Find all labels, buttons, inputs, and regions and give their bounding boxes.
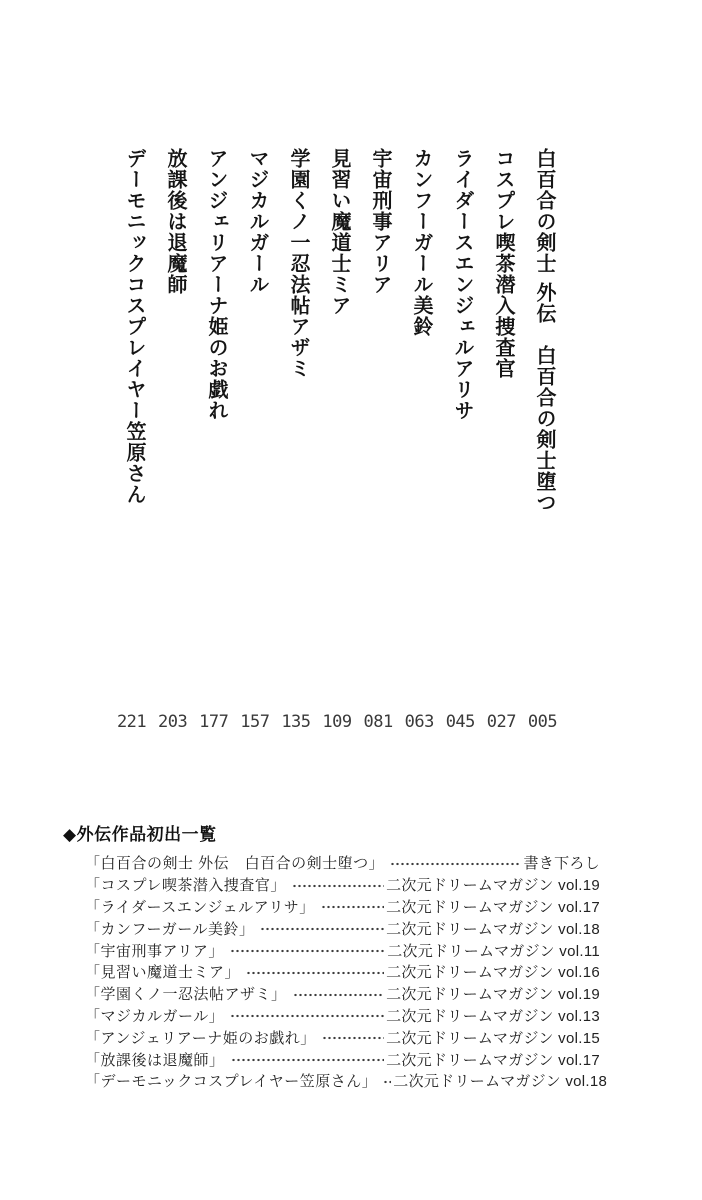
page-number: 005 <box>522 712 563 732</box>
dotted-leader <box>292 884 384 888</box>
appearance-title: 「宇宙刑事アリア」 <box>85 940 224 961</box>
appearance-row: 「宇宙刑事アリア」 二次元ドリームマガジン vol.11 <box>85 939 600 961</box>
dotted-leader <box>322 1036 384 1040</box>
dotted-leader <box>390 862 521 866</box>
toc-title-column: アンジェリアーナ姫のお戯れ <box>196 148 237 568</box>
appearance-list: 「白百合の剣士 外伝 白百合の剣士堕つ」 書き下ろし 「コスプレ喫茶潜入捜査官」… <box>85 852 600 1092</box>
dotted-leader <box>230 949 385 953</box>
appearance-source: 二次元ドリームマガジン vol.18 <box>386 918 600 939</box>
appearance-row: 「ライダースエンジェルアリサ」 二次元ドリームマガジン vol.17 <box>85 896 600 918</box>
page-number: 157 <box>234 712 275 732</box>
page-number: 027 <box>481 712 522 732</box>
toc-title-column: 学園くノ一忍法帖アザミ <box>278 148 319 568</box>
page-number: 109 <box>316 712 357 732</box>
appearance-title: 「マジカルガール」 <box>85 1005 224 1026</box>
page-number: 221 <box>111 712 152 732</box>
appearance-row: 「白百合の剣士 外伝 白百合の剣士堕つ」 書き下ろし <box>85 852 600 874</box>
appearance-row: 「アンジェリアーナ姫のお戯れ」 二次元ドリームマガジン vol.15 <box>85 1026 600 1048</box>
toc-title-column: 白百合の剣士 外伝 白百合の剣士堕つ <box>524 148 565 568</box>
appearance-row: 「見習い魔道士ミア」 二次元ドリームマガジン vol.16 <box>85 961 600 983</box>
appearance-source: 二次元ドリームマガジン vol.19 <box>386 983 600 1004</box>
toc-title-column: ライダースエンジェルアリサ <box>442 148 483 568</box>
page-number: 203 <box>152 712 193 732</box>
toc-title-column: デーモニックコスプレイヤー笠原さん <box>114 148 155 568</box>
appearance-title: 「デーモニックコスプレイヤー笠原さん」 <box>85 1070 377 1091</box>
appearance-row: 「マジカルガール」 二次元ドリームマガジン vol.13 <box>85 1005 600 1027</box>
toc-title-column: 宇宙刑事アリア <box>360 148 401 568</box>
appearance-row: 「コスプレ喫茶潜入捜査官」 二次元ドリームマガジン vol.19 <box>85 874 600 896</box>
appearance-title: 「見習い魔道士ミア」 <box>85 961 240 982</box>
appearance-header: ◆外伝作品初出一覧 <box>63 820 600 845</box>
toc-title-column: マジカルガール <box>237 148 278 568</box>
page-number: 045 <box>440 712 481 732</box>
page-number: 177 <box>193 712 234 732</box>
appearance-title: 「カンフーガール美鈴」 <box>85 918 254 939</box>
appearance-source: 二次元ドリームマガジン vol.18 <box>393 1070 607 1091</box>
appearance-source: 二次元ドリームマガジン vol.17 <box>386 1049 600 1070</box>
appearance-source: 二次元ドリームマガジン vol.19 <box>386 874 600 895</box>
dotted-leader <box>383 1080 391 1084</box>
dotted-leader <box>321 905 384 909</box>
toc-title-column: コスプレ喫茶潜入捜査官 <box>483 148 524 568</box>
appearance-source: 二次元ドリームマガジン vol.17 <box>386 896 600 917</box>
appearance-title: 「アンジェリアーナ姫のお戯れ」 <box>85 1027 316 1048</box>
page-numbers-row: 221 203 177 157 135 109 081 063 045 027 … <box>111 712 563 732</box>
page-number: 081 <box>358 712 399 732</box>
appearance-source: 二次元ドリームマガジン vol.15 <box>386 1027 600 1048</box>
appearance-row: 「カンフーガール美鈴」 二次元ドリームマガジン vol.18 <box>85 917 600 939</box>
appearance-title: 「コスプレ喫茶潜入捜査官」 <box>85 874 286 895</box>
appearance-row: 「学園くノ一忍法帖アザミ」 二次元ドリームマガジン vol.19 <box>85 983 600 1005</box>
appearance-source: 二次元ドリームマガジン vol.13 <box>386 1005 600 1026</box>
dotted-leader <box>246 971 384 975</box>
appearance-title: 「白百合の剣士 外伝 白百合の剣士堕つ」 <box>85 852 384 873</box>
dotted-leader <box>260 927 384 931</box>
toc-title-column: 見習い魔道士ミア <box>319 148 360 568</box>
appearance-title: 「放課後は退魔師」 <box>85 1049 225 1070</box>
appearance-source: 書き下ろし <box>523 852 600 873</box>
appearance-source: 二次元ドリームマガジン vol.11 <box>387 940 600 961</box>
toc-title-column: カンフーガール美鈴 <box>401 148 442 568</box>
appearance-row: 「放課後は退魔師」 二次元ドリームマガジン vol.17 <box>85 1048 600 1070</box>
appearance-title: 「学園くノ一忍法帖アザミ」 <box>85 983 287 1004</box>
page-number: 135 <box>275 712 316 732</box>
vertical-toc: 白百合の剣士 外伝 白百合の剣士堕つ コスプレ喫茶潜入捜査官 ライダースエンジェ… <box>113 148 565 568</box>
dotted-leader <box>230 1014 384 1018</box>
toc-title-column: 放課後は退魔師 <box>155 148 196 568</box>
dotted-leader <box>231 1058 385 1062</box>
appearance-title: 「ライダースエンジェルアリサ」 <box>85 896 315 917</box>
appearance-source: 二次元ドリームマガジン vol.16 <box>386 961 600 982</box>
dotted-leader <box>293 993 385 997</box>
book-toc-page: 白百合の剣士 外伝 白百合の剣士堕つ コスプレ喫茶潜入捜査官 ライダースエンジェ… <box>0 0 702 1200</box>
appearance-section: ◆外伝作品初出一覧 「白百合の剣士 外伝 白百合の剣士堕つ」 書き下ろし 「コス… <box>63 820 600 1092</box>
appearance-row: 「デーモニックコスプレイヤー笠原さん」 二次元ドリームマガジン vol.18 <box>85 1070 600 1092</box>
page-number: 063 <box>399 712 440 732</box>
